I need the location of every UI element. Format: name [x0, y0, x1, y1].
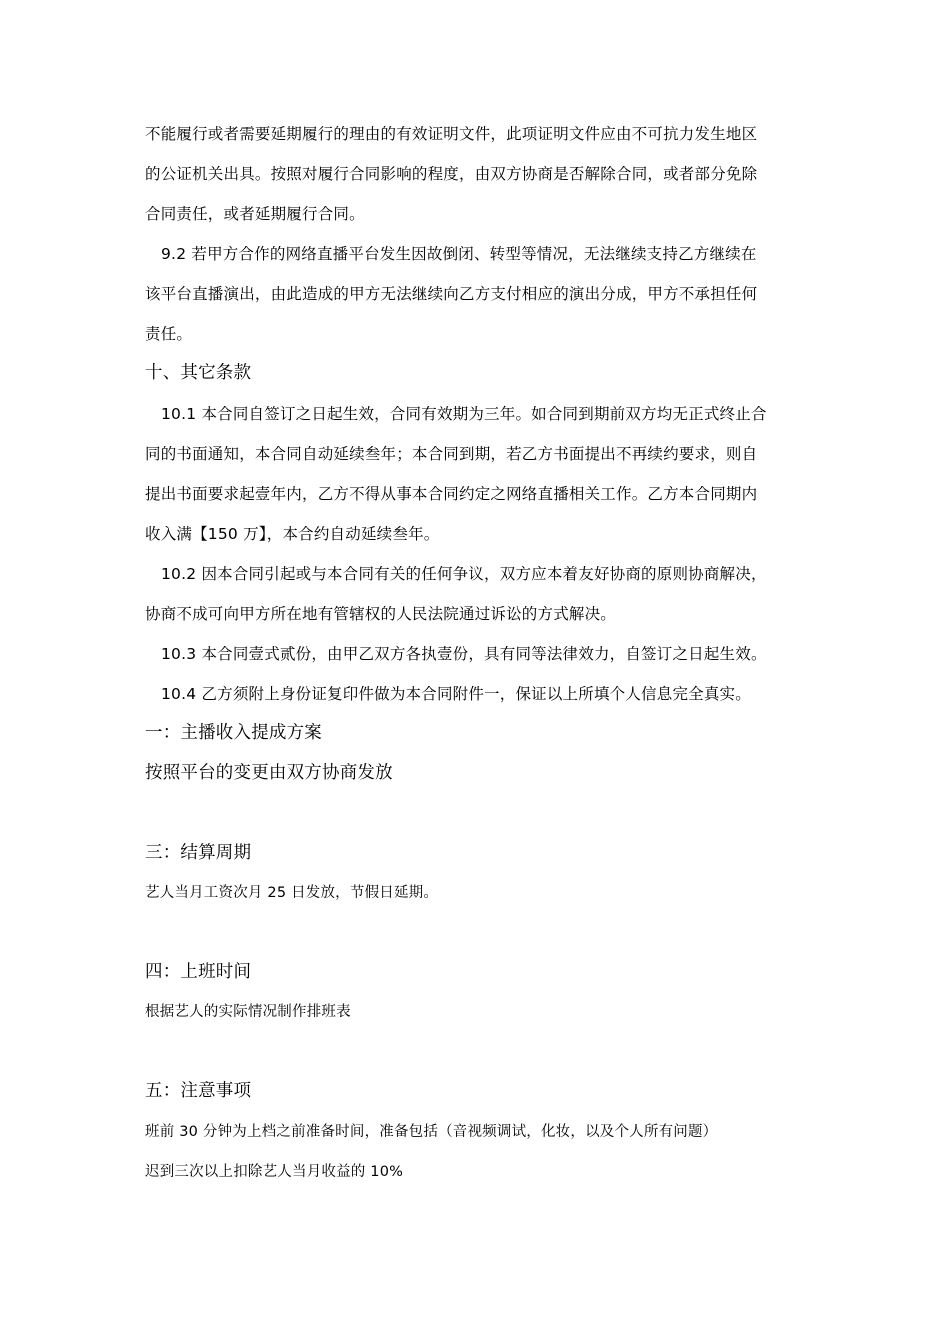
- clause-9-2-line-3: 责任。: [145, 324, 192, 344]
- clause-10-2-line-1: 10.2 因本合同引起或与本合同有关的任何争议，双方应本着友好协商的原则协商解决…: [161, 564, 767, 584]
- clause-9-2-line-1: 9.2 若甲方合作的网络直播平台发生因故倒闭、转型等情况，无法继续支持乙方继续在: [161, 244, 757, 264]
- appendix-section-5-body-line-2: 迟到三次以上扣除艺人当月收益的 10%: [145, 1162, 403, 1182]
- appendix-section-5-heading: 五：注意事项: [145, 1080, 251, 1102]
- clause-9-1-line-2: 的公证机关出具。按照对履行合同影响的程度，由双方协商是否解除合同，或者部分免除: [145, 164, 757, 184]
- section-10-heading: 十、其它条款: [145, 362, 251, 384]
- clause-9-1-line-3: 合同责任，或者延期履行合同。: [145, 204, 365, 224]
- clause-10-3: 10.3 本合同壹式贰份，由甲乙双方各执壹份，具有同等法律效力，自签订之日起生效…: [161, 644, 767, 664]
- clause-10-2-line-2: 协商不成可向甲方所在地有管辖权的人民法院通过诉讼的方式解决。: [145, 604, 616, 624]
- clause-10-1-line-1: 10.1 本合同自签订之日起生效，合同有效期为三年。如合同到期前双方均无正式终止…: [161, 404, 767, 424]
- appendix-section-1-heading: 一：主播收入提成方案: [145, 722, 322, 744]
- clause-9-2-line-2: 该平台直播演出，由此造成的甲方无法继续向乙方支付相应的演出分成，甲方不承担任何: [145, 284, 757, 304]
- appendix-section-5-body-line-1: 班前 30 分钟为上档之前准备时间，准备包括（音视频调试，化妆，以及个人所有问题…: [145, 1122, 717, 1142]
- clause-10-4: 10.4 乙方须附上身份证复印件做为本合同附件一，保证以上所填个人信息完全真实。: [161, 684, 751, 704]
- clause-10-1-line-3: 提出书面要求起壹年内，乙方不得从事本合同约定之网络直播相关工作。乙方本合同期内: [145, 484, 757, 504]
- appendix-section-3-heading: 三：结算周期: [145, 842, 251, 864]
- appendix-section-4-heading: 四：上班时间: [145, 961, 251, 983]
- appendix-section-1-body: 按照平台的变更由双方协商发放: [145, 762, 393, 784]
- clause-9-1-line-1: 不能履行或者需要延期履行的理由的有效证明文件，此项证明文件应由不可抗力发生地区: [145, 124, 757, 144]
- appendix-section-4-body: 根据艺人的实际情况制作排班表: [145, 1002, 351, 1022]
- document-page: 不能履行或者需要延期履行的理由的有效证明文件，此项证明文件应由不可抗力发生地区 …: [0, 0, 950, 1344]
- clause-10-1-line-2: 同的书面通知，本合同自动延续叁年；本合同到期，若乙方书面提出不再续约要求，则自: [145, 444, 757, 464]
- clause-10-1-line-4: 收入满【150 万】，本合约自动延续叁年。: [145, 524, 439, 544]
- appendix-section-3-body: 艺人当月工资次月 25 日发放，节假日延期。: [145, 883, 438, 903]
